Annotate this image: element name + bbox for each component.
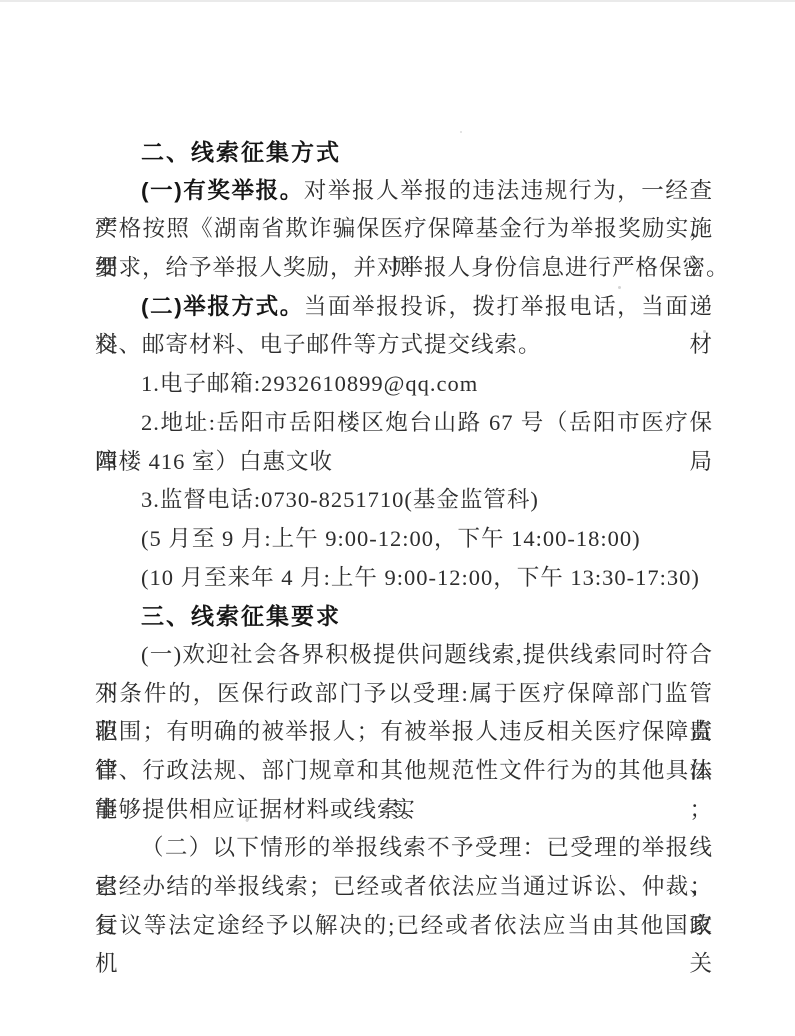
- text-line: 1.电子邮箱:2932610899@qq.com: [95, 365, 713, 404]
- text-line: 列条件的，医保行政部门予以受理:属于医疗保障部门监管职责: [95, 675, 713, 714]
- bold-lead-segment: 三、线索征集要求: [141, 603, 341, 629]
- text-line: (一)欢迎社会各界积极提供问题线索,提供线索同时符合下: [95, 636, 713, 675]
- text-line: 2.地址:岳阳市岳阳楼区炮台山路 67 号（岳阳市医疗保障局: [95, 404, 713, 443]
- text-segment: 复议等法定途经予以解决的;已经或者依法应当由其他国家机关: [95, 913, 713, 977]
- text-line: 已经办结的举报线索；已经或者依法应当通过诉讼、仲裁、行政: [95, 868, 713, 907]
- text-line: 要求，给予举报人奖励，并对举报人身份信息进行严格保密。: [95, 249, 713, 288]
- document-text-column: 二、线索征集方式(一)有奖举报。对举报人举报的违法违规行为，一经查实，严格按照《…: [95, 133, 713, 945]
- section-heading: 二、线索征集方式: [95, 133, 713, 172]
- text-segment: 四楼 416 室）白惠文收: [95, 449, 333, 474]
- text-line: (5 月至 9 月:上午 9:00-12:00，下午 14:00-18:00): [95, 520, 713, 559]
- text-line: 严格按照《湖南省欺诈骗保医疗保障基金行为举报奖励实施细则》: [95, 210, 713, 249]
- scanned-document-page: 二、线索征集方式(一)有奖举报。对举报人举报的违法违规行为，一经查实，严格按照《…: [0, 0, 795, 1036]
- bold-lead-segment: (一)有奖举报。: [141, 178, 304, 203]
- text-segment: 料、邮寄材料、电子邮件等方式提交线索。: [95, 332, 542, 357]
- text-line: (10 月至来年 4 月:上午 9:00-12:00，下午 13:30-17:3…: [95, 559, 713, 598]
- bold-lead-segment: (二)举报方式。: [141, 294, 304, 319]
- text-line: 范围；有明确的被举报人；有被举报人违反相关医疗保障监管法: [95, 713, 713, 752]
- text-line: （二）以下情形的举报线索不予受理：已受理的举报线索；: [95, 829, 713, 868]
- text-segment: 要求，给予举报人奖励，并对举报人身份信息进行严格保密。: [95, 255, 730, 280]
- text-line: (一)有奖举报。对举报人举报的违法违规行为，一经查实，: [95, 172, 713, 211]
- text-segment: 3.监督电话:0730-8251710(基金监管科): [141, 487, 539, 512]
- text-line: 律、行政法规、部门规章和其他规范性文件行为的其他具体事实；: [95, 752, 713, 791]
- text-segment: 能够提供相应证据材料或线索。: [95, 797, 424, 822]
- text-line: 复议等法定途经予以解决的;已经或者依法应当由其他国家机关: [95, 907, 713, 946]
- text-line: 3.监督电话:0730-8251710(基金监管科): [95, 481, 713, 520]
- section-heading: 三、线索征集要求: [95, 597, 713, 636]
- text-line: (二)举报方式。当面举报投诉，拨打举报电话，当面递交材: [95, 288, 713, 327]
- text-segment: 1.电子邮箱:2932610899@qq.com: [141, 371, 478, 396]
- bold-lead-segment: 二、线索征集方式: [141, 139, 341, 165]
- text-segment: (10 月至来年 4 月:上午 9:00-12:00，下午 13:30-17:3…: [141, 565, 700, 590]
- text-segment: (5 月至 9 月:上午 9:00-12:00，下午 14:00-18:00): [141, 526, 641, 551]
- scan-edge-artifact: [0, 0, 795, 2]
